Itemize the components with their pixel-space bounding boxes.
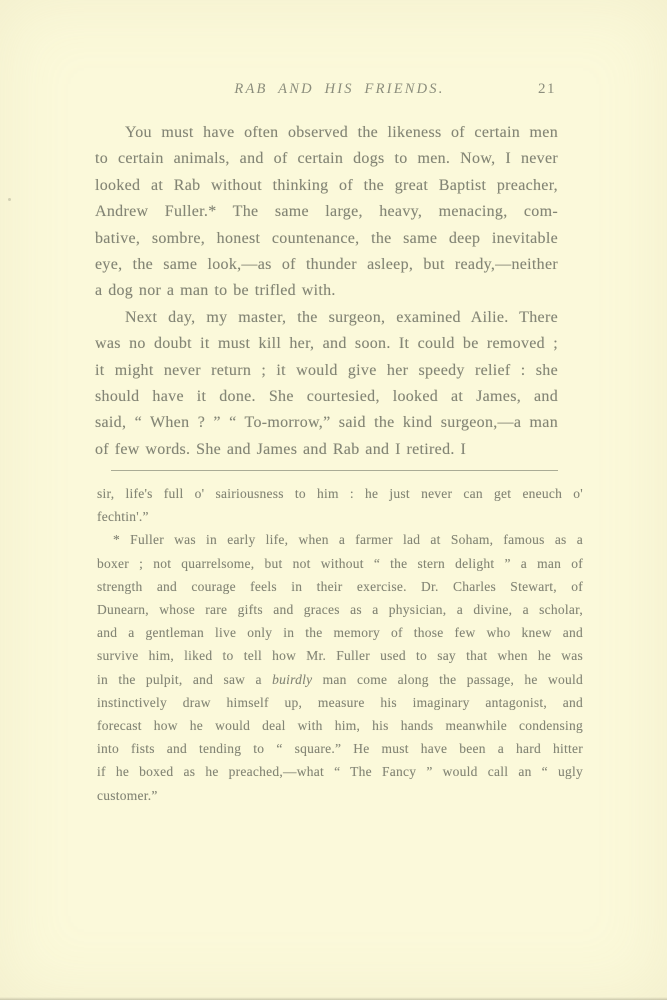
text-segment: sir, life's full o' sairiousness to him … [97,486,583,501]
text-line: * Fuller was in early life, when a farme… [97,528,583,551]
text-line: eye, the same look,—as of thunder asleep… [95,252,558,278]
text-line: it might never return ; it would give he… [95,358,558,384]
text-segment: in the pulpit, and saw a [97,672,272,687]
italic-text: buirdly [272,672,312,687]
text-segment: Next day, my master, the surgeon, examin… [125,309,558,326]
text-line: Andrew Fuller.* The same large, heavy, m… [95,199,558,225]
footnote-continuation-paragraph: sir, life's full o' sairiousness to him … [97,482,583,528]
body-text: You must have often observed the likenes… [95,120,558,463]
scan-speck [8,198,11,201]
text-segment: was no doubt it must kill her, and soon.… [95,335,558,352]
page-number: 21 [538,81,556,98]
footnote-separator-rule [111,470,558,471]
text-line: in the pulpit, and saw a buirdly man com… [97,668,583,691]
body-paragraph: You must have often observed the likenes… [95,120,558,305]
text-line: and a gentleman live only in the memory … [97,621,583,644]
text-line: of few words. She and James and Rab and … [95,437,558,463]
text-line: sir, life's full o' sairiousness to him … [97,482,583,505]
text-line: boxer ; not quarrelsome, but not without… [97,552,583,575]
text-line: instinctively draw himself up, measure h… [97,691,583,714]
footnotes: sir, life's full o' sairiousness to him … [97,482,583,807]
text-line: said, “ When ? ” “ To-morrow,” said the … [95,410,558,436]
text-segment: * Fuller was in early life, when a farme… [113,532,583,547]
text-line: Dunearn, whose rare gifts and graces as … [97,598,583,621]
text-segment: said, “ When ? ” “ To-morrow,” said the … [95,414,558,431]
text-segment: customer.” [97,788,158,803]
text-segment: looked at Rab without thinking of the gr… [95,177,558,194]
book-page: RAB AND HIS FRIENDS. 21 You must have of… [0,0,667,1000]
text-segment: You must have often observed the likenes… [125,124,558,141]
text-line: Next day, my master, the surgeon, examin… [95,305,558,331]
text-line: You must have often observed the likenes… [95,120,558,146]
text-line: fechtin'.” [97,505,583,528]
text-line: survive him, liked to tell how Mr. Fulle… [97,644,583,667]
text-segment: of few words. She and James and Rab and … [95,441,466,458]
text-segment: to certain animals, and of certain dogs … [95,150,558,167]
text-line: strength and courage feels in their exer… [97,575,583,598]
text-segment: if he boxed as he preached,—what “ The F… [97,764,583,779]
text-segment: fechtin'.” [97,509,149,524]
text-segment: survive him, liked to tell how Mr. Fulle… [97,648,583,663]
text-segment: a dog nor a man to be trifled with. [95,282,336,299]
text-segment: boxer ; not quarrelsome, but not without… [97,556,583,571]
text-line: should have it done. She courtesied, loo… [95,384,558,410]
body-paragraph: Next day, my master, the surgeon, examin… [95,305,558,463]
text-segment: Andrew Fuller.* The same large, heavy, m… [95,203,558,220]
text-line: to certain animals, and of certain dogs … [95,146,558,172]
text-segment: instinctively draw himself up, measure h… [97,695,583,710]
text-segment: bative, sombre, honest countenance, the … [95,230,558,247]
text-segment: man come along the passage, he would [312,672,583,687]
running-header: RAB AND HIS FRIENDS. 21 [95,81,558,101]
text-line: a dog nor a man to be trifled with. [95,278,558,304]
text-line: if he boxed as he preached,—what “ The F… [97,760,583,783]
text-line: into fists and tending to “ square.” He … [97,737,583,760]
text-segment: Dunearn, whose rare gifts and graces as … [97,602,583,617]
text-line: customer.” [97,784,583,807]
text-line: looked at Rab without thinking of the gr… [95,173,558,199]
text-line: forecast how he would deal with him, his… [97,714,583,737]
footnote-paragraph: * Fuller was in early life, when a farme… [97,528,583,806]
text-segment: it might never return ; it would give he… [95,362,558,379]
text-segment: eye, the same look,—as of thunder asleep… [95,256,558,273]
running-title: RAB AND HIS FRIENDS. [95,81,558,98]
text-segment: forecast how he would deal with him, his… [97,718,583,733]
text-segment: and a gentleman live only in the memory … [97,625,583,640]
text-segment: into fists and tending to “ square.” He … [97,741,583,756]
text-segment: should have it done. She courtesied, loo… [95,388,558,405]
text-line: was no doubt it must kill her, and soon.… [95,331,558,357]
text-line: bative, sombre, honest countenance, the … [95,226,558,252]
text-segment: strength and courage feels in their exer… [97,579,583,594]
